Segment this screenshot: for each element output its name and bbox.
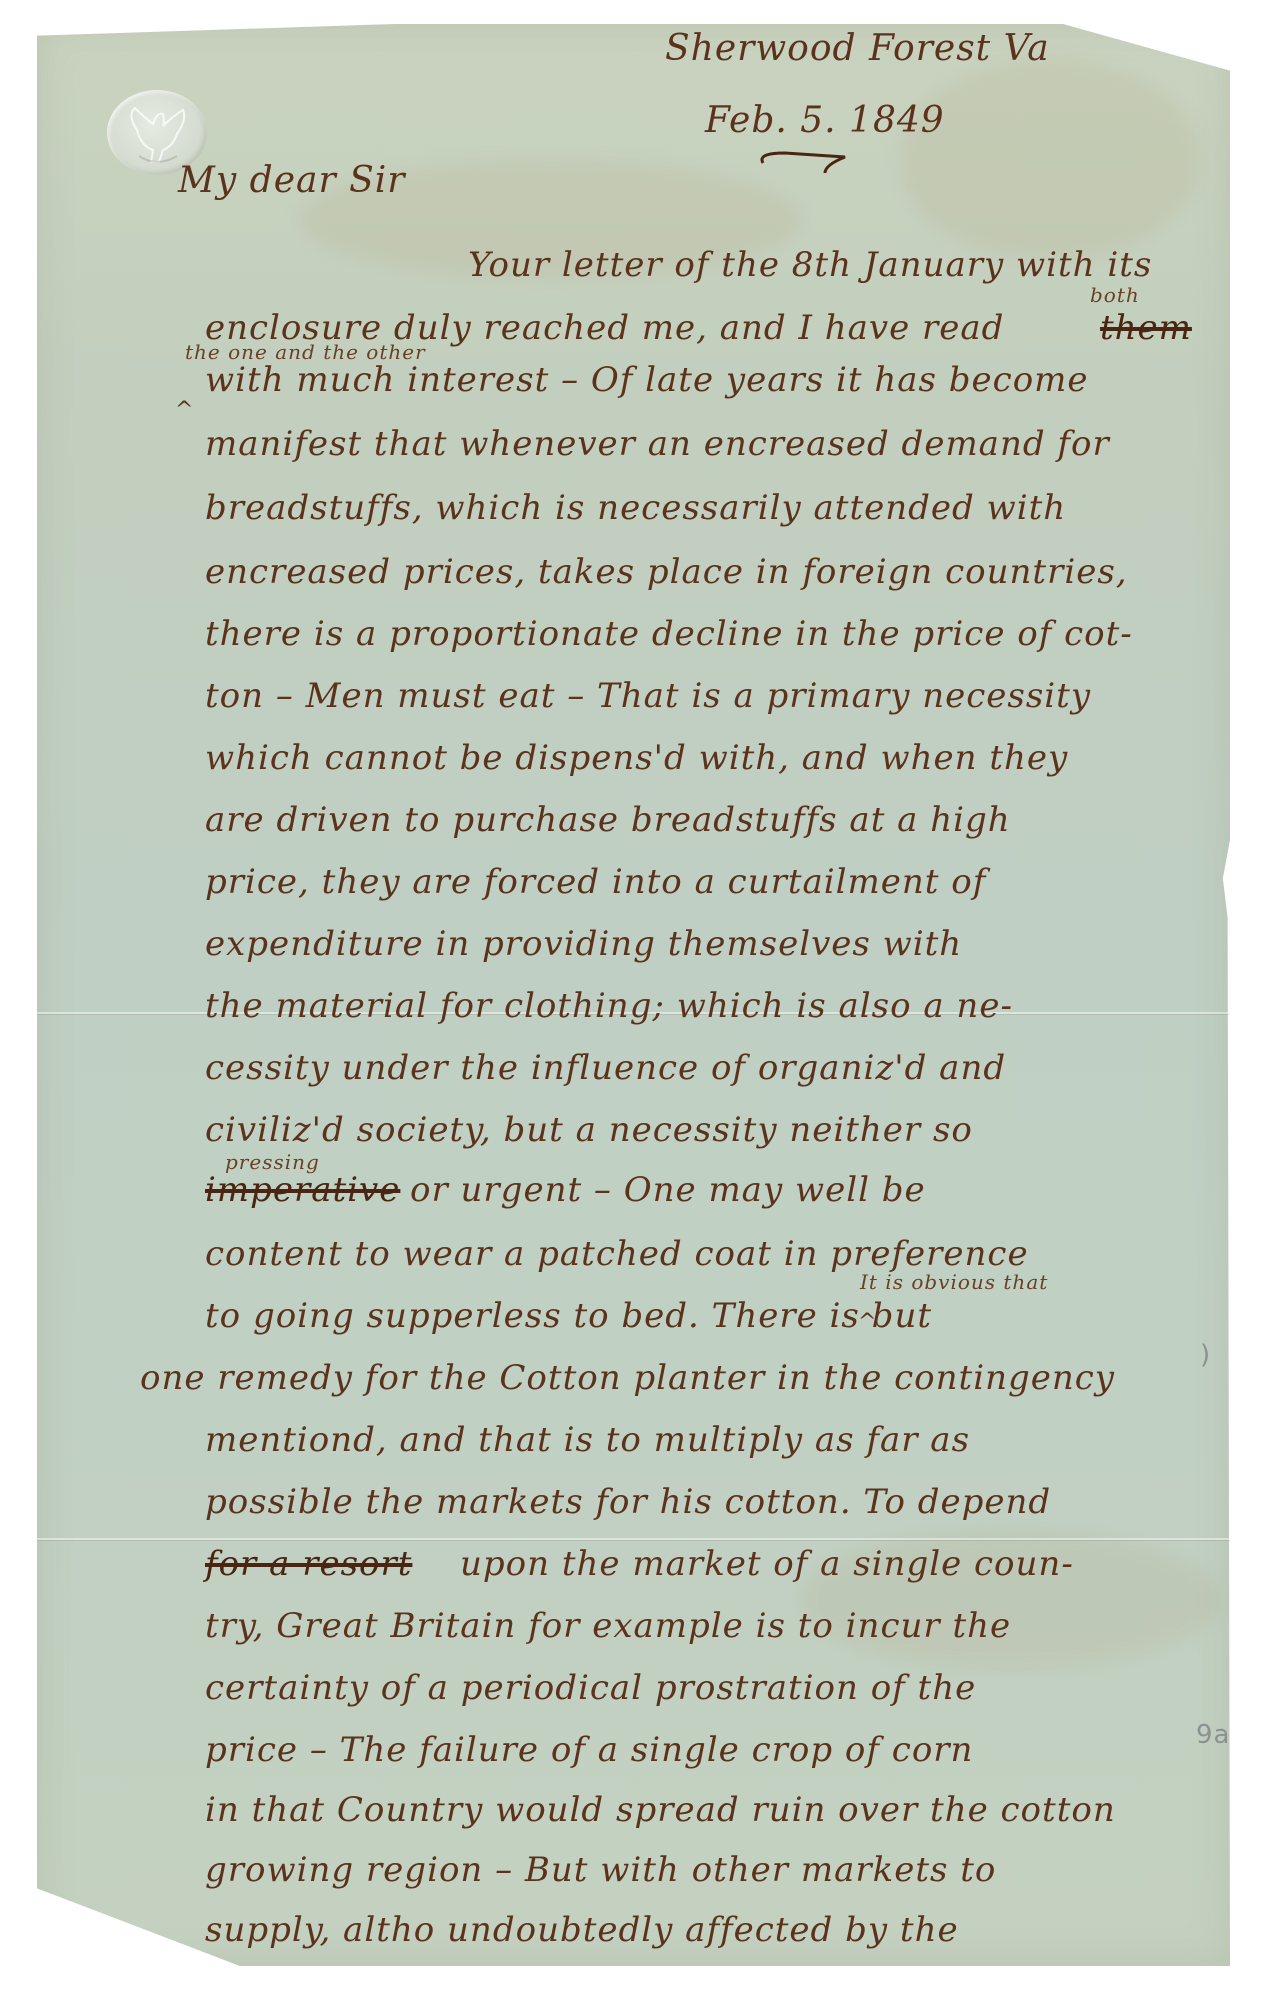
letter-line-15: civiliz'd society, but a necessity neith… — [205, 1110, 973, 1150]
paper-fold-line — [37, 1538, 1230, 1540]
letter-line-17: content to wear a patched coat in prefer… — [205, 1234, 1029, 1274]
letter-line-4: manifest that whenever an encreased dema… — [205, 424, 1110, 464]
letter-line-3: with much interest – Of late years it ha… — [205, 360, 1089, 400]
letter-line-24: certainty of a periodical prostration of… — [205, 1668, 976, 1708]
letter-place: Sherwood Forest Va — [665, 28, 1050, 69]
letter-line-26: in that Country would spread ruin over t… — [205, 1790, 1116, 1830]
letter-line-1: Your letter of the 8th January with its — [468, 245, 1152, 285]
letter-date: Feb. 5. 1849 — [705, 100, 945, 141]
insert-it-is-obvious: It is obvious that — [860, 1270, 1048, 1294]
struck-word: them — [1100, 308, 1192, 348]
letter-line-14: cessity under the influence of organiz'd… — [205, 1048, 1006, 1088]
letter-line-5: breadstuffs, which is necessarily attend… — [205, 488, 1066, 528]
letter-line-25: price – The failure of a single crop of … — [205, 1730, 973, 1770]
letter-line-9: which cannot be dispens'd with, and when… — [205, 738, 1068, 778]
letter-line-19: one remedy for the Cotton planter in the… — [140, 1358, 1115, 1398]
letter-line-8: ton – Men must eat – That is a primary n… — [205, 676, 1091, 716]
insert-both: both — [1090, 283, 1140, 307]
letter-line-6: encreased prices, takes place in foreign… — [205, 552, 1128, 592]
letter-line-12: expenditure in providing themselves with — [205, 924, 962, 964]
date-flourish-icon — [755, 145, 865, 180]
letter-line-11: price, they are forced into a curtailmen… — [205, 862, 986, 902]
paper-stain — [900, 60, 1200, 260]
letter-line-7: there is a proportionate decline in the … — [205, 614, 1133, 654]
letter-line-21: possible the markets for his cotton. To … — [205, 1482, 1051, 1522]
letter-line-22: upon the market of a single coun- — [460, 1544, 1074, 1584]
letter-line-23: try, Great Britain for example is to inc… — [205, 1606, 1011, 1646]
letter-line-10: are driven to purchase breadstuffs at a … — [205, 800, 1011, 840]
letter-line-28: supply, altho undoubtedly affected by th… — [205, 1910, 959, 1950]
letter-line-16: or urgent – One may well be — [410, 1170, 926, 1210]
insert-caret: ^ — [175, 398, 194, 423]
struck-word: for a resort — [205, 1544, 412, 1584]
letter-line-13: the material for clothing; which is also… — [205, 986, 1013, 1026]
letter-line-27: growing region – But with other markets … — [205, 1850, 996, 1890]
margin-bracket-mark: ) — [1200, 1340, 1211, 1370]
pencil-reference-note: 9a — [1196, 1720, 1230, 1750]
letter-line-20: mentiond, and that is to multiply as far… — [205, 1420, 970, 1460]
letter-line-18: to going supperless to bed. There is but — [205, 1296, 932, 1336]
struck-word: imperative — [205, 1170, 400, 1210]
salutation: My dear Sir — [178, 160, 406, 201]
